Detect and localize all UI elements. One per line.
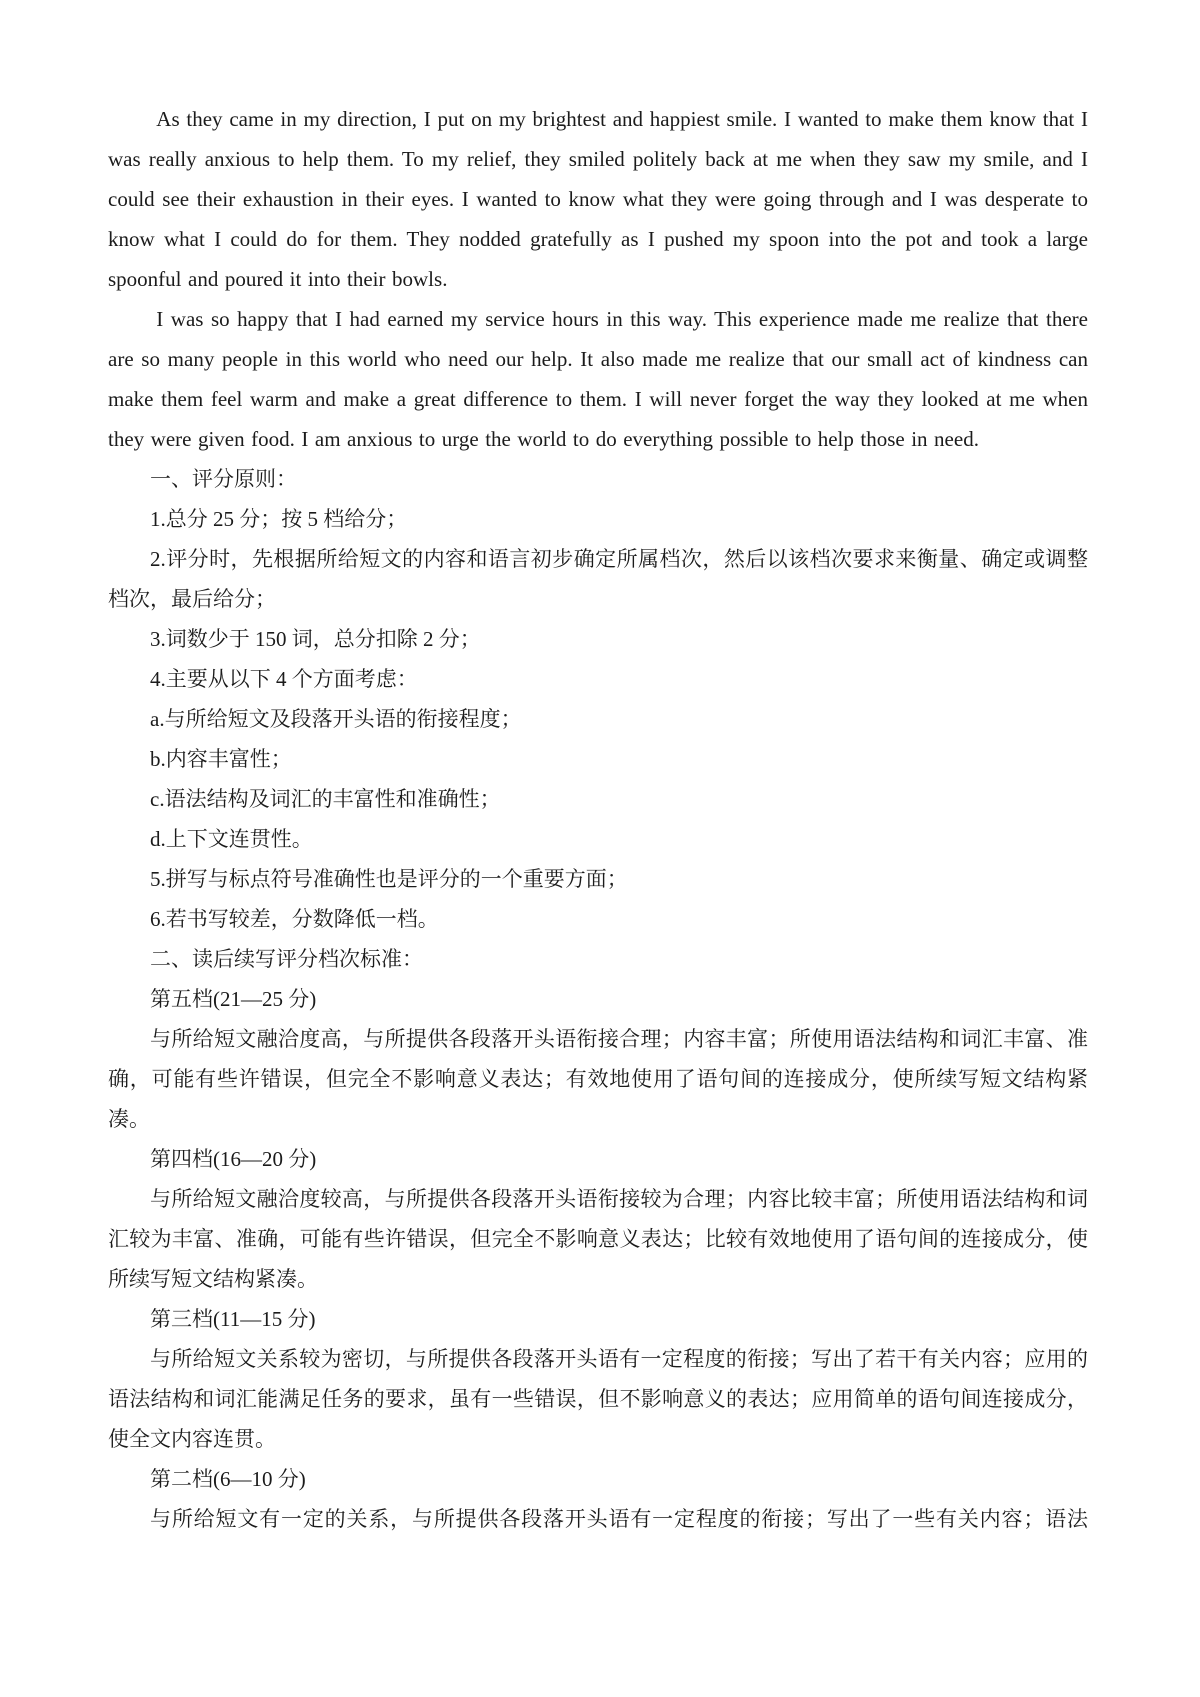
band-4-description: 与所给短文融洽度较高，与所提供各段落开头语衔接较为合理；内容比较丰富；所使用语法… <box>108 1179 1088 1299</box>
principle-1: 1.总分 25 分；按 5 档给分； <box>108 499 1088 539</box>
band-5-description: 与所给短文融洽度高，与所提供各段落开头语衔接合理；内容丰富；所使用语法结构和词汇… <box>108 1019 1088 1139</box>
section-1-heading: 一、评分原则： <box>108 459 1088 499</box>
band-3-title: 第三档(11—15 分) <box>108 1299 1088 1339</box>
principle-2: 2.评分时，先根据所给短文的内容和语言初步确定所属档次，然后以该档次要求来衡量、… <box>108 539 1088 619</box>
story-paragraph-1: As they came in my direction, I put on m… <box>108 99 1088 299</box>
principle-3: 3.词数少于 150 词，总分扣除 2 分； <box>108 619 1088 659</box>
principle-6: 6.若书写较差，分数降低一档。 <box>108 899 1088 939</box>
band-2-title: 第二档(6—10 分) <box>108 1459 1088 1499</box>
section-2-heading: 二、读后续写评分档次标准： <box>108 939 1088 979</box>
criterion-b: b.内容丰富性； <box>108 739 1088 779</box>
band-3-description: 与所给短文关系较为密切，与所提供各段落开头语有一定程度的衔接；写出了若干有关内容… <box>108 1339 1088 1459</box>
criterion-c: c.语法结构及词汇的丰富性和准确性； <box>108 779 1088 819</box>
principle-5: 5.拼写与标点符号准确性也是评分的一个重要方面； <box>108 859 1088 899</box>
document-page: As they came in my direction, I put on m… <box>0 0 1200 1697</box>
criterion-d: d.上下文连贯性。 <box>108 819 1088 859</box>
criterion-a: a.与所给短文及段落开头语的衔接程度； <box>108 699 1088 739</box>
band-5-title: 第五档(21—25 分) <box>108 979 1088 1019</box>
band-4-title: 第四档(16—20 分) <box>108 1139 1088 1179</box>
principle-4: 4.主要从以下 4 个方面考虑： <box>108 659 1088 699</box>
band-2-description: 与所给短文有一定的关系，与所提供各段落开头语有一定程度的衔接；写出了一些有关内容… <box>108 1499 1088 1539</box>
story-paragraph-2: I was so happy that I had earned my serv… <box>108 299 1088 459</box>
